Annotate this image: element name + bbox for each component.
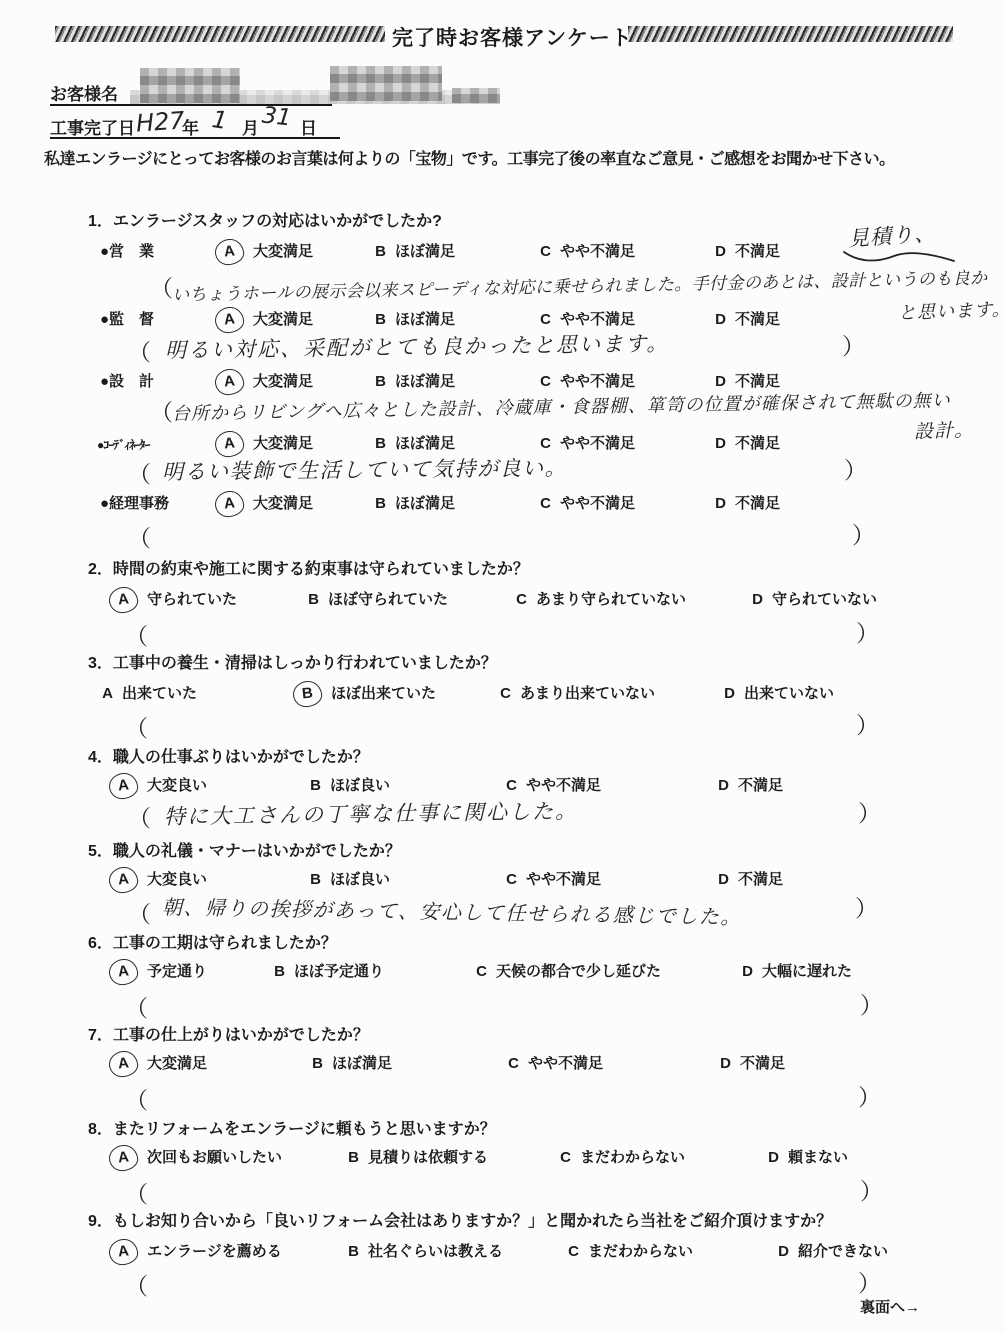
option-letter: D xyxy=(713,495,728,512)
option-c: Cあまり守られていない xyxy=(514,588,686,609)
option-letter: D xyxy=(713,435,728,452)
option-d: D不満足 xyxy=(713,370,780,391)
option-c: Cまだわからない xyxy=(558,1146,685,1167)
customer-name-redacted-block xyxy=(452,88,500,103)
question-9-title: 9．もしお知り合いから「良いリフォーム会社はありますか？」と聞かれたら当社をご紹… xyxy=(88,1208,832,1231)
option-text: 大変満足 xyxy=(253,243,313,260)
option-letter: B xyxy=(373,495,388,512)
option-c: Cまだわからない xyxy=(566,1240,693,1261)
option-text: ほぼ守られていた xyxy=(328,591,448,608)
option-letter: D xyxy=(716,871,731,888)
option-b: Bほぼ良い xyxy=(308,774,390,795)
question-7-title: 7．工事の仕上がりはいかがでしたか？ xyxy=(88,1022,369,1045)
option-b: Bほぼ出来ていた xyxy=(300,682,436,703)
option-letter: D xyxy=(750,591,765,608)
option-text: ほぼ満足 xyxy=(332,1055,392,1072)
option-text: あまり出来ていない xyxy=(520,685,655,702)
option-d: D不満足 xyxy=(713,492,780,513)
comment-paren-close: ） xyxy=(855,890,878,923)
option-letter: A xyxy=(100,685,115,702)
option-text: まだわからない xyxy=(580,1149,685,1166)
survey-form-page: 完了時お客様アンケート お客様名 工事完了日 H27 年 1 月 31 日 私達… xyxy=(0,0,1005,1333)
option-d: D守られていない xyxy=(750,588,877,609)
comment-paren-close: ） xyxy=(844,452,867,485)
option-a: A大変満足 xyxy=(222,308,313,329)
option-text: ほぼ満足 xyxy=(395,243,455,260)
question-2-title: 2．時間の約束や施工に関する約束事は守られていましたか？ xyxy=(88,556,529,579)
option-text: やや不満足 xyxy=(560,311,635,328)
option-text: 大幅に遅れた xyxy=(762,963,852,980)
option-letter: C xyxy=(558,1149,573,1166)
handwritten-comment-design-continued: 設計。 xyxy=(914,415,975,444)
option-letter: A xyxy=(108,1144,140,1173)
option-letter: C xyxy=(498,685,513,702)
option-letter: C xyxy=(504,871,519,888)
option-c: Cやや不満足 xyxy=(504,868,601,889)
option-text: ほぼ満足 xyxy=(395,495,455,512)
option-a: A大変満足 xyxy=(222,492,313,513)
comment-paren-open: （ xyxy=(128,334,151,367)
comment-paren-open: （ xyxy=(128,800,151,833)
option-letter: D xyxy=(713,243,728,260)
option-letter: D xyxy=(766,1149,781,1166)
comment-paren-open: （ xyxy=(125,1176,148,1209)
option-letter: C xyxy=(506,1055,521,1072)
option-c: Cやや不満足 xyxy=(538,308,635,329)
option-c: C天候の都合で少し延びた xyxy=(474,960,661,981)
option-d: D不満足 xyxy=(716,774,783,795)
option-a: A大変良い xyxy=(116,868,207,889)
option-b: Bほぼ守られていた xyxy=(306,588,448,609)
option-text: 不満足 xyxy=(735,311,780,328)
comment-paren-open: （ xyxy=(125,1082,148,1115)
comment-paren-open: （ xyxy=(128,896,151,929)
option-d: D不満足 xyxy=(713,240,780,261)
option-b: Bほぼ予定通り xyxy=(272,960,384,981)
question-6-title: 6．工事の工期は守られましたか？ xyxy=(88,930,337,953)
option-text: ほぼ満足 xyxy=(395,435,455,452)
back-page-note: 裏面へ→ xyxy=(860,1296,920,1317)
option-text: 大変良い xyxy=(147,777,207,794)
handwritten-comment-q4: 特に大工さんの丁寧な仕事に関心した。 xyxy=(164,795,578,831)
option-letter: C xyxy=(504,777,519,794)
staff-row-label-supervisor: ●監 督 xyxy=(100,308,154,329)
handwritten-comment-sales-continued: と思います。 xyxy=(898,295,1005,325)
option-text: 予定通り xyxy=(147,963,207,980)
option-letter: A xyxy=(214,238,246,267)
option-letter: B xyxy=(308,871,323,888)
option-d: D頼まない xyxy=(766,1146,848,1167)
option-letter: A xyxy=(214,490,246,519)
option-letter: D xyxy=(716,777,731,794)
option-c: Cやや不満足 xyxy=(538,240,635,261)
option-letter: C xyxy=(538,495,553,512)
question-3-title: 3．工事中の養生・清掃はしっかり行われていましたか？ xyxy=(88,650,497,673)
comment-paren-close: ） xyxy=(858,1265,881,1298)
question-8-title: 8．またリフォームをエンラージに頼もうと思いますか？ xyxy=(88,1116,496,1139)
option-text: 不満足 xyxy=(735,495,780,512)
option-text: やや不満足 xyxy=(560,243,635,260)
option-text: ほぼ満足 xyxy=(395,311,455,328)
option-d: D大幅に遅れた xyxy=(740,960,852,981)
comment-paren-close: ） xyxy=(856,615,879,648)
option-b: Bほぼ満足 xyxy=(373,432,455,453)
intro-text: 私達エンラージにとってお客様のお言葉は何よりの「宝物」です。工事完了後の率直なご… xyxy=(44,146,895,169)
comment-paren-open: （ xyxy=(128,520,151,553)
option-a: A次回もお願いしたい xyxy=(116,1146,282,1167)
option-b: Bほぼ満足 xyxy=(373,240,455,261)
handwritten-comment-supervisor: 明るい対応、采配がとても良かったと思います。 xyxy=(165,327,670,364)
option-text: 大変満足 xyxy=(253,373,313,390)
option-c: Cあまり出来ていない xyxy=(498,682,655,703)
option-text: 不満足 xyxy=(738,871,783,888)
scan-noise-band-left xyxy=(55,26,385,42)
option-letter: B xyxy=(308,777,323,794)
option-letter: A xyxy=(214,306,246,335)
option-text: 出来ていない xyxy=(744,685,834,702)
option-text: 不満足 xyxy=(735,435,780,452)
option-text: やや不満足 xyxy=(560,435,635,452)
option-letter: B xyxy=(373,311,388,328)
option-letter: B xyxy=(292,680,324,709)
option-letter: C xyxy=(538,311,553,328)
option-text: やや不満足 xyxy=(526,871,601,888)
option-letter: A xyxy=(108,1050,140,1079)
customer-name-redacted-block xyxy=(330,66,442,101)
date-underline xyxy=(50,108,340,139)
option-c: Cやや不満足 xyxy=(504,774,601,795)
option-text: 次回もお願いしたい xyxy=(147,1149,282,1166)
comment-paren-open: （ xyxy=(125,990,148,1023)
option-d: D不満足 xyxy=(713,432,780,453)
comment-paren-close: ） xyxy=(858,1079,881,1112)
option-text: 大変満足 xyxy=(253,311,313,328)
option-text: エンラージを薦める xyxy=(147,1243,282,1260)
staff-row-label-coordinator: ●ｺｰﾃﾞｨﾈｰﾀｰ xyxy=(97,436,149,453)
option-text: やや不満足 xyxy=(560,495,635,512)
option-letter: A xyxy=(108,958,140,987)
option-letter: D xyxy=(718,1055,733,1072)
option-text: 社名ぐらいは教える xyxy=(368,1243,503,1260)
comment-paren-open: （ xyxy=(128,456,151,489)
option-text: ほぼ予定通り xyxy=(294,963,384,980)
option-text: 守られていた xyxy=(147,591,237,608)
option-text: 頼まない xyxy=(788,1149,848,1166)
option-a: A予定通り xyxy=(116,960,207,981)
question-4-title: 4．職人の仕事ぶりはいかがでしたか？ xyxy=(88,744,369,767)
option-letter: C xyxy=(538,435,553,452)
option-a: A出来ていた xyxy=(100,682,197,703)
option-letter: B xyxy=(373,435,388,452)
option-letter: D xyxy=(740,963,755,980)
option-text: ほぼ良い xyxy=(330,871,390,888)
option-letter: C xyxy=(538,243,553,260)
option-letter: A xyxy=(108,1238,140,1267)
option-text: やや不満足 xyxy=(526,777,601,794)
comment-paren-close: ） xyxy=(860,1173,883,1206)
option-a: A大変満足 xyxy=(222,370,313,391)
option-text: 不満足 xyxy=(738,777,783,794)
option-c: Cやや不満足 xyxy=(538,370,635,391)
customer-name-redacted-block xyxy=(140,68,240,103)
option-c: Cやや不満足 xyxy=(538,432,635,453)
option-letter: B xyxy=(272,963,287,980)
option-letter: B xyxy=(310,1055,325,1072)
option-letter: D xyxy=(776,1243,791,1260)
option-b: Bほぼ満足 xyxy=(373,492,455,513)
comment-paren-close: ） xyxy=(858,795,881,828)
option-b: Bほぼ満足 xyxy=(310,1052,392,1073)
option-a: A守られていた xyxy=(116,588,237,609)
staff-row-label-accounting: ●経理事務 xyxy=(100,492,169,513)
option-letter: B xyxy=(306,591,321,608)
option-text: 不満足 xyxy=(735,373,780,390)
option-b: Bほぼ満足 xyxy=(373,308,455,329)
option-letter: C xyxy=(566,1243,581,1260)
handwritten-comment-design: 台所からリビングへ広々とした設計、冷蔵庫・食器棚、箪笥の位置が確保されて無駄の無… xyxy=(172,386,951,426)
option-letter: A xyxy=(108,586,140,615)
question-1-title: 1．エンラージスタッフの対応はいかがでしたか? xyxy=(88,208,442,231)
comment-paren-open: （ xyxy=(150,270,173,303)
option-text: 大変満足 xyxy=(253,435,313,452)
option-letter: A xyxy=(108,772,140,801)
option-letter: D xyxy=(713,311,728,328)
option-letter: A xyxy=(214,368,246,397)
option-text: ほぼ良い xyxy=(330,777,390,794)
option-text: やや不満足 xyxy=(560,373,635,390)
question-5-title: 5．職人の礼儀・マナーはいかがでしたか？ xyxy=(88,838,401,861)
option-letter: B xyxy=(373,373,388,390)
option-a: A大変満足 xyxy=(222,240,313,261)
comment-paren-close: ） xyxy=(852,517,875,550)
option-text: 見積りは依頼する xyxy=(368,1149,488,1166)
option-letter: B xyxy=(373,243,388,260)
option-letter: D xyxy=(713,373,728,390)
option-b: B社名ぐらいは教える xyxy=(346,1240,503,1261)
option-text: 大変満足 xyxy=(253,495,313,512)
option-text: 出来ていた xyxy=(122,685,197,702)
option-d: D不満足 xyxy=(716,868,783,889)
comment-paren-open: （ xyxy=(125,1268,148,1301)
option-letter: C xyxy=(514,591,529,608)
form-title: 完了時お客様アンケート xyxy=(392,22,633,52)
option-c: Cやや不満足 xyxy=(538,492,635,513)
handwritten-comment-sales: いちょうホールの展示会以来スピーディな対応に乗せられました。手付金のあとは、設計… xyxy=(172,263,988,305)
option-letter: C xyxy=(538,373,553,390)
comment-paren-open: （ xyxy=(150,394,173,427)
staff-row-label-design: ●設 計 xyxy=(100,370,154,391)
option-letter: D xyxy=(722,685,737,702)
option-b: Bほぼ良い xyxy=(308,868,390,889)
option-d: D出来ていない xyxy=(722,682,834,703)
option-letter: B xyxy=(346,1243,361,1260)
option-letter: C xyxy=(474,963,489,980)
option-d: D紹介できない xyxy=(776,1240,888,1261)
option-a: A大変満足 xyxy=(116,1052,207,1073)
option-letter: B xyxy=(346,1149,361,1166)
handwritten-comment-q5: 朝、帰りの挨拶があって、安心して任せられる感じでした。 xyxy=(162,891,742,930)
option-d: D不満足 xyxy=(713,308,780,329)
option-b: B見積りは依頼する xyxy=(346,1146,488,1167)
option-text: 大変良い xyxy=(147,871,207,888)
option-text: 天候の都合で少し延びた xyxy=(496,963,661,980)
option-b: Bほぼ満足 xyxy=(373,370,455,391)
option-text: 大変満足 xyxy=(147,1055,207,1072)
option-text: 守られていない xyxy=(772,591,877,608)
handwritten-comment-coordinator: 明るい装飾で生活していて気持が良い。 xyxy=(162,452,567,486)
option-letter: A xyxy=(108,866,140,895)
option-text: まだわからない xyxy=(588,1243,693,1260)
option-c: Cやや不満足 xyxy=(506,1052,603,1073)
comment-paren-open: （ xyxy=(125,618,148,651)
option-text: 不満足 xyxy=(735,243,780,260)
option-text: 紹介できない xyxy=(798,1243,888,1260)
staff-row-label-sales: ●営 業 xyxy=(100,240,154,261)
comment-paren-close: ） xyxy=(842,328,865,361)
comment-paren-close: ） xyxy=(860,987,883,1020)
option-text: あまり守られていない xyxy=(536,591,686,608)
option-text: やや不満足 xyxy=(528,1055,603,1072)
comment-paren-close: ） xyxy=(856,707,879,740)
option-text: ほぼ出来ていた xyxy=(331,685,436,702)
option-text: 不満足 xyxy=(740,1055,785,1072)
comment-paren-open: （ xyxy=(125,710,148,743)
option-a: A大変満足 xyxy=(222,432,313,453)
option-text: ほぼ満足 xyxy=(395,373,455,390)
option-a: A大変良い xyxy=(116,774,207,795)
option-d: D不満足 xyxy=(718,1052,785,1073)
option-letter: A xyxy=(214,430,246,459)
option-a: Aエンラージを薦める xyxy=(116,1240,282,1261)
scan-noise-band-right xyxy=(628,26,953,42)
